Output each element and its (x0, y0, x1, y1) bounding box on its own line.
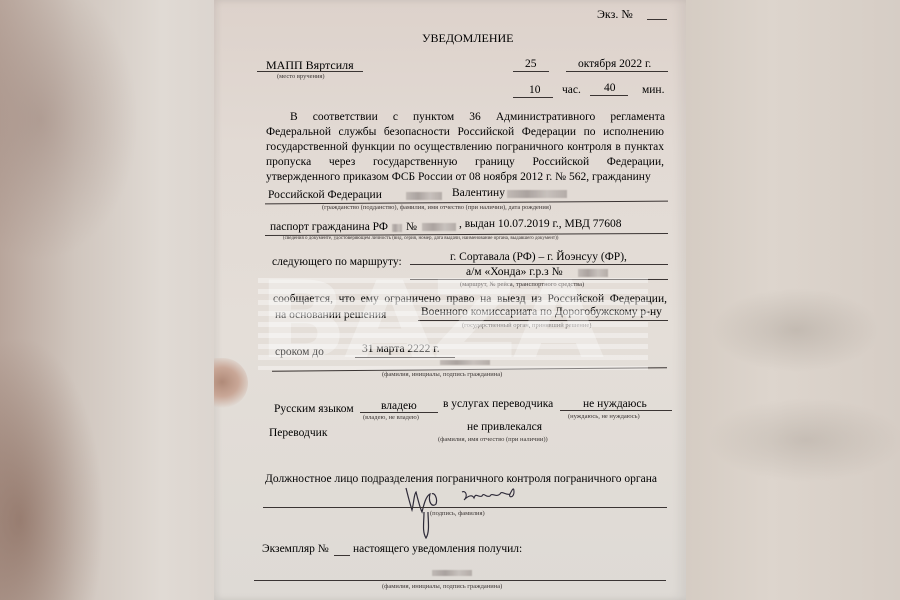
redacted-plate-number (578, 269, 608, 277)
restriction-authority: Военного комиссариата по Дорогобужскому … (421, 306, 662, 318)
translator-value: не привлекался (467, 421, 542, 433)
copy-number-label: Экз. № (597, 7, 633, 22)
minute-label: мин. (642, 84, 664, 96)
minute-value: 40 (604, 82, 616, 94)
receipt-signature-line (254, 580, 666, 581)
redacted-patronymic-dob (507, 190, 567, 198)
passport-caption: (сведения о документе, удостоверяющем ли… (283, 236, 558, 241)
month-year-value: октября 2022 г. (578, 58, 651, 70)
translator-caption: (фамилия, имя отчество (при наличии)) (438, 436, 548, 443)
receipt-label-prefix: Экземпляр № (262, 543, 329, 555)
redacted-passport-number (422, 223, 456, 231)
body-line-5: утвержденного приказом ФСБ России от 08 … (266, 171, 651, 183)
route-line-1: г. Сортавала (РФ) – г. Йоэнсуу (ФР), (450, 251, 627, 263)
citizen-signature-caption: (фамилия, инициалы, подпись гражданина) (382, 371, 502, 378)
redacted-receipt-signature (432, 570, 472, 576)
redacted-passport-series (392, 224, 402, 232)
term-label: сроком до (275, 346, 324, 358)
route-caption: (маршрут, № рейса, транспортного средств… (460, 281, 584, 288)
restriction-line-1: сообщается, что ему ограничено право на … (273, 293, 667, 305)
minute-line (590, 95, 628, 96)
day-line (513, 71, 549, 72)
day-value: 25 (525, 58, 537, 70)
translator-services-line (560, 410, 672, 411)
body-line-1: В соответствии с пунктом 36 Администрати… (290, 111, 665, 123)
official-caption: (подпись, фамилия) (430, 510, 485, 517)
term-value: 31 марта 2222 г. (362, 343, 440, 355)
russian-language-label: Русским языком (274, 403, 354, 415)
copy-number-field (647, 19, 667, 20)
route-underline-1 (410, 264, 668, 265)
route-underline-2 (410, 279, 668, 280)
month-year-line (566, 71, 668, 72)
official-signature-line (263, 507, 667, 508)
passport-number-label: № (406, 221, 417, 233)
redacted-citizen-signature (440, 360, 490, 365)
redacted-surname (406, 192, 442, 200)
document-title: УВЕДОМЛЕНИЕ (422, 31, 513, 46)
passport-details: , выдан 10.07.2019 г., МВД 77608 (459, 218, 622, 230)
translator-services-label: в услугах переводчика (443, 398, 553, 410)
first-name-value: Валентину (452, 187, 505, 199)
receipt-label-suffix: настоящего уведомления получил: (353, 543, 522, 555)
russian-language-value: владею (381, 400, 417, 412)
russian-language-caption: (владею, не владею) (363, 414, 419, 421)
place-caption: (место вручения) (277, 73, 325, 80)
passport-prefix: паспорт гражданина РФ (270, 221, 388, 233)
receipt-copy-number-field (334, 555, 350, 556)
receipt-caption: (фамилия, инициалы, подпись гражданина) (382, 583, 502, 590)
route-label: следующего по маршруту: (272, 256, 402, 268)
body-line-2: Федеральной службы безопасности Российск… (266, 126, 664, 138)
citizenship-value: Российской Федерации (268, 189, 382, 201)
blurred-background-right (686, 0, 900, 600)
authority-caption: (государственный орган, принявший решени… (462, 322, 591, 329)
russian-language-line (360, 412, 438, 413)
citizen-caption: (гражданство (подданство), фамилия, имя … (322, 204, 551, 211)
blurred-background-left (0, 0, 215, 600)
restriction-basis-label: на основании решения (275, 309, 386, 321)
hour-line (513, 97, 553, 98)
authority-line (418, 320, 668, 321)
route-line-2: а/м «Хонда» г.р.з № (466, 266, 563, 278)
translator-services-caption: (нуждаюсь, не нуждаюсь) (568, 413, 640, 420)
translator-label: Переводчик (269, 427, 327, 439)
hour-label: час. (562, 84, 581, 96)
term-line (355, 357, 455, 358)
place-line (257, 71, 363, 72)
body-line-3: государственной функции по осуществлению… (266, 141, 664, 153)
hour-value: 10 (529, 84, 541, 96)
body-line-4: пропуска через государственную границу Р… (266, 156, 664, 168)
translator-services-value: не нуждаюсь (583, 398, 647, 410)
